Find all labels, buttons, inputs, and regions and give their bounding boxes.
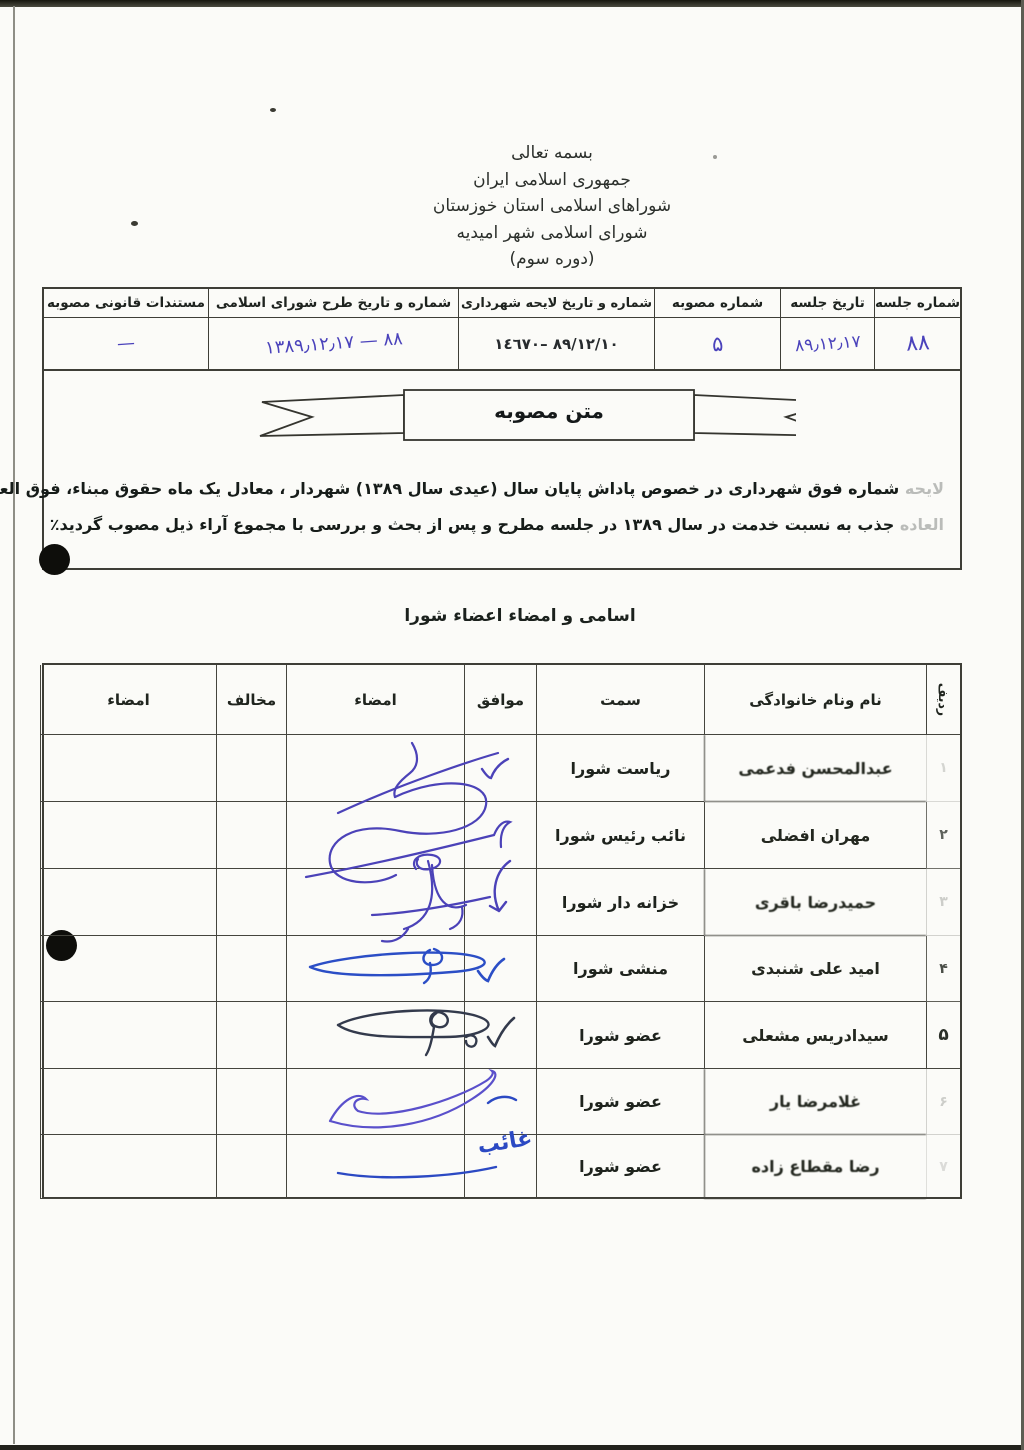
letterhead-line-basmala: بسمه تعالی — [322, 140, 782, 167]
signature-cell — [286, 936, 464, 1002]
signature2-cell — [40, 1135, 216, 1199]
row-number: ۵ — [926, 1002, 960, 1069]
value-session-number: ۸۸ — [875, 318, 960, 369]
ribbon-right-tail — [694, 395, 796, 436]
col-municipality-bill: شماره و تاریخ لایحه شهرداری ٨٩/١٢/١٠ –١٤… — [458, 289, 654, 369]
row-number: ۴ — [926, 936, 960, 1002]
signature-cell — [286, 869, 464, 936]
session-info-table: شماره جلسه ۸۸ تاریخ جلسه ۸۹٫۱۲٫۱۷ شماره … — [42, 287, 962, 371]
scan-edge-top — [0, 0, 1024, 7]
disagree-cell — [216, 802, 286, 869]
header-signature: امضاء — [286, 665, 464, 735]
resolution-text-line2: العاده جذب به نسبت خدمت در سال ۱۳۸۹ در ج… — [54, 515, 944, 534]
value-council-plan: ۸۸ — ۱۳۸۹٫۱۲٫۱۷ — [209, 318, 458, 369]
header-full-name: نام ونام خانوادگی — [704, 665, 926, 735]
letterhead-line-province: شوراهای اسلامی استان خوزستان — [322, 193, 782, 220]
row-number: ۱ — [926, 735, 960, 802]
scan-speck — [131, 221, 138, 226]
member-position: عضو شورا — [536, 1002, 704, 1069]
scan-edge-left — [13, 6, 15, 1444]
col-session-date: تاریخ جلسه ۸۹٫۱۲٫۱۷ — [780, 289, 874, 369]
header-agree: موافق — [464, 665, 536, 735]
resolution-line1-faded-word: لایحه — [905, 479, 944, 498]
letterhead-line-term: (دوره سوم) — [322, 246, 782, 273]
header-row-number: ردیف — [926, 665, 960, 735]
row-number: ۶ — [926, 1069, 960, 1135]
header-position: سمت — [536, 665, 704, 735]
header-signature-2: امضاء — [40, 665, 216, 735]
header-session-date: تاریخ جلسه — [781, 289, 874, 318]
header-disagree: مخالف — [216, 665, 286, 735]
member-name: غلامرضا یار — [704, 1069, 926, 1135]
value-municipality-bill: ٨٩/١٢/١٠ –١٤٦٧٠ — [459, 318, 654, 369]
resolution-box: متن مصوبه لایحه شماره فوق شهرداری در خصو… — [42, 370, 962, 570]
agree-cell — [464, 1069, 536, 1135]
disagree-cell — [216, 1135, 286, 1199]
scan-speck — [270, 108, 276, 112]
resolution-line2-faded-word: العاده — [900, 515, 944, 534]
signature-cell — [286, 1002, 464, 1069]
agree-cell — [464, 936, 536, 1002]
disagree-cell — [216, 936, 286, 1002]
col-resolution-number: شماره مصوبه ۵ — [654, 289, 780, 369]
signature-section-title: اسامی و امضاء اعضاء شورا — [360, 606, 680, 626]
value-resolution-number: ۵ — [655, 318, 780, 369]
signature2-cell — [40, 802, 216, 869]
signature-table: ردیف نام ونام خانوادگی سمت موافق امضاء م… — [42, 663, 962, 1199]
member-name: مهران افضلی — [704, 802, 926, 869]
member-name: رضا مقطاع زاده — [704, 1135, 926, 1199]
signature2-cell — [40, 869, 216, 936]
col-legal-docs: مستندات قانونی مصوبه — — [44, 289, 208, 369]
letterhead-line-country: جمهوری اسلامی ایران — [322, 167, 782, 194]
member-position: ریاست شورا — [536, 735, 704, 802]
disagree-cell — [216, 1002, 286, 1069]
disagree-cell — [216, 735, 286, 802]
agree-cell — [464, 869, 536, 936]
row-number: ۲ — [926, 802, 960, 869]
punch-hole-mark-top — [39, 544, 70, 575]
member-position: منشی شورا — [536, 936, 704, 1002]
resolution-text-line1: لایحه شماره فوق شهرداری در خصوص پاداش پا… — [54, 479, 944, 498]
signature-cell — [286, 802, 464, 869]
col-council-plan: شماره و تاریخ طرح شورای اسلامی ۸۸ — ۱۳۸۹… — [208, 289, 458, 369]
signature-cell — [286, 1135, 464, 1199]
signature2-cell — [40, 936, 216, 1002]
member-position: خزانه دار شورا — [536, 869, 704, 936]
member-position: عضو شورا — [536, 1069, 704, 1135]
header-municipality-bill: شماره و تاریخ لایحه شهرداری — [459, 289, 654, 318]
agree-cell — [464, 802, 536, 869]
letterhead-line-city: شورای اسلامی شهر امیدیه — [322, 220, 782, 247]
value-legal-docs: — — [44, 318, 208, 369]
banner-title: متن مصوبه — [404, 399, 694, 423]
agree-cell — [464, 735, 536, 802]
value-session-date: ۸۹٫۱۲٫۱۷ — [781, 318, 874, 369]
row-number: ۳ — [926, 869, 960, 936]
signature-cell — [286, 1069, 464, 1135]
signature2-cell — [40, 1002, 216, 1069]
signature2-cell — [40, 735, 216, 802]
header-legal-docs: مستندات قانونی مصوبه — [44, 289, 208, 318]
signature2-cell — [40, 1069, 216, 1135]
letterhead: بسمه تعالی جمهوری اسلامی ایران شوراهای ا… — [322, 140, 782, 273]
member-position: نائب رئیس شورا — [536, 802, 704, 869]
member-name: عبدالمحسن فدعمی — [704, 735, 926, 802]
header-resolution-number: شماره مصوبه — [655, 289, 780, 318]
col-session-number: شماره جلسه ۸۸ — [874, 289, 960, 369]
ribbon-left-tail — [260, 395, 404, 436]
member-name: حمیدرضا باقری — [704, 869, 926, 936]
header-council-plan: شماره و تاریخ طرح شورای اسلامی — [209, 289, 458, 318]
disagree-cell — [216, 1069, 286, 1135]
member-position: عضو شورا — [536, 1135, 704, 1199]
scan-edge-bottom — [0, 1445, 1024, 1450]
signature-cell — [286, 735, 464, 802]
header-session-number: شماره جلسه — [875, 289, 960, 318]
scanned-document-page: بسمه تعالی جمهوری اسلامی ایران شوراهای ا… — [0, 0, 1024, 1450]
member-name: سیدادریس مشعلی — [704, 1002, 926, 1069]
member-name: امید علی شنبدی — [704, 936, 926, 1002]
disagree-cell — [216, 869, 286, 936]
row-number: ۷ — [926, 1135, 960, 1199]
agree-cell — [464, 1002, 536, 1069]
